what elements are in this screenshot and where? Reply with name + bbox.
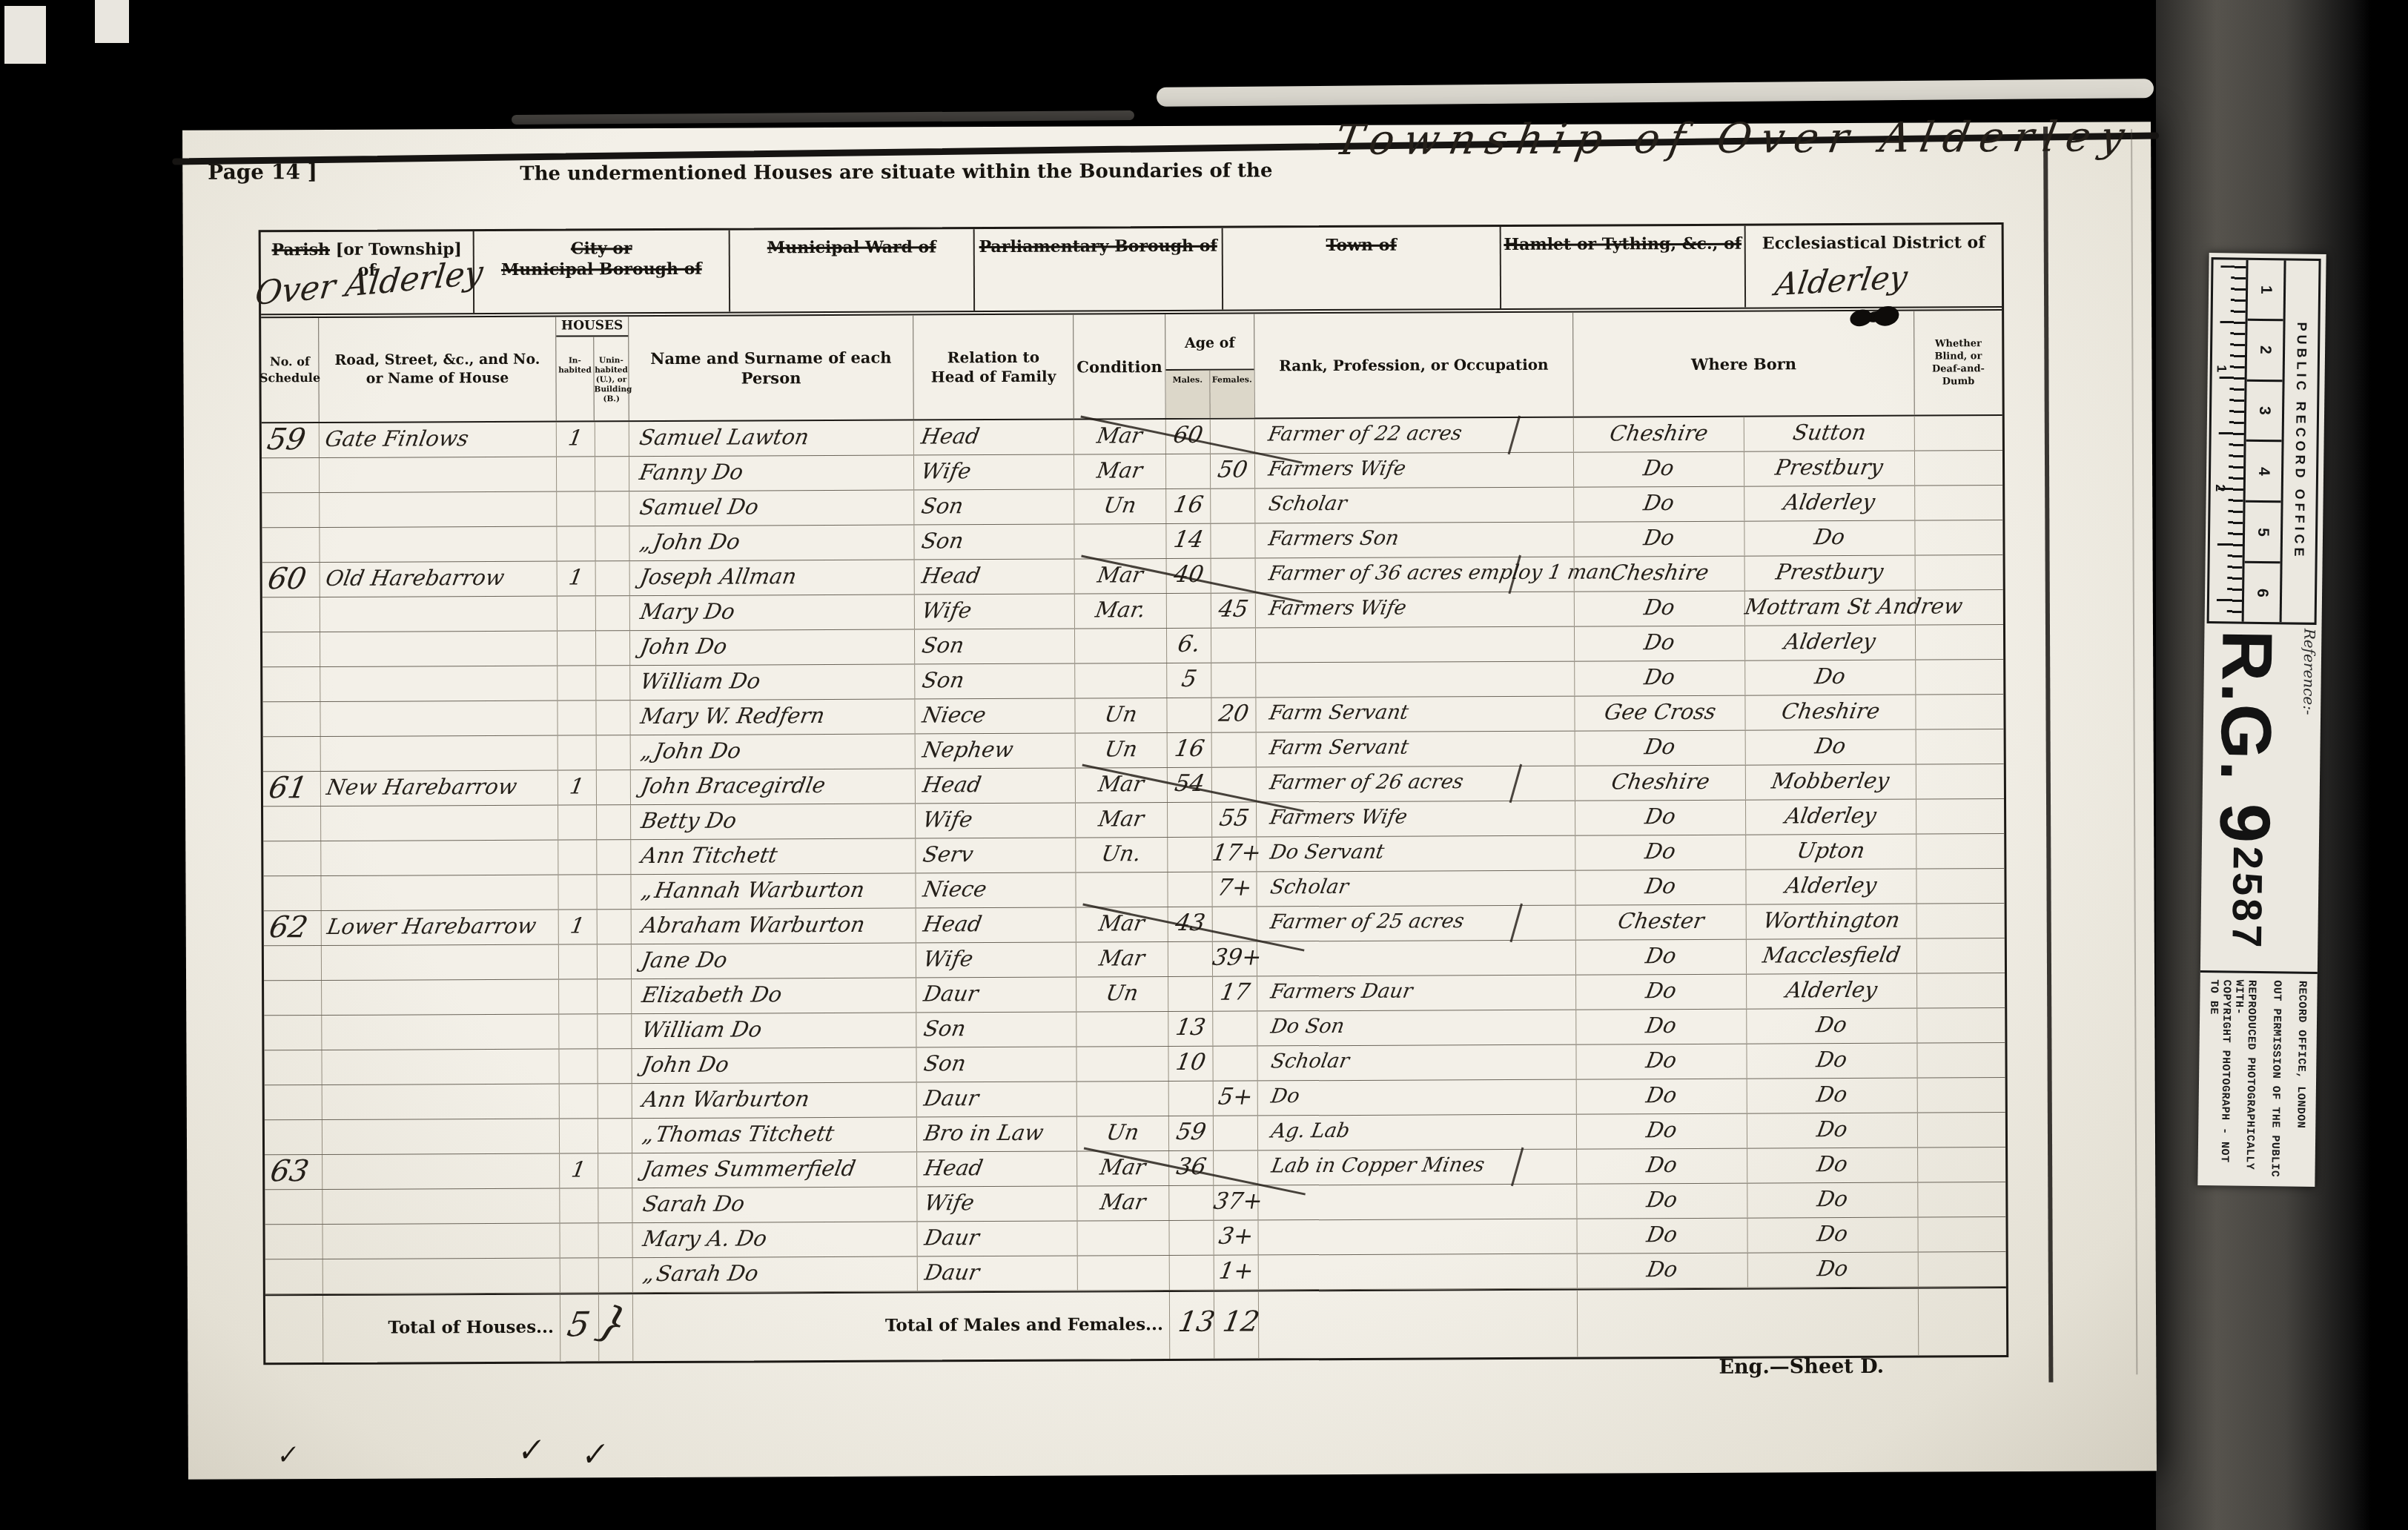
handwritten-value: Do	[1814, 1044, 1850, 1075]
cell-inhabited: 1	[559, 910, 598, 944]
district-box-label: Parliamentary Borough of	[975, 236, 1222, 257]
handwritten-value: Son	[919, 525, 966, 556]
cell-born_county: Do	[1577, 1149, 1747, 1184]
handwritten-value: Do	[1641, 522, 1677, 553]
handwritten-value: Do	[1643, 801, 1678, 832]
cell-name: Mary Do	[630, 595, 915, 630]
handwritten-value: 39+	[1210, 941, 1264, 973]
handwritten-value: Old Harebarrow	[323, 562, 507, 594]
cell-name: John Bracegirdle	[631, 769, 916, 804]
cell-born_place: Do	[1744, 521, 1915, 556]
cell-born_county: Do	[1575, 661, 1745, 696]
cell-condition: Un	[1074, 489, 1166, 524]
cell-occupation: Farmers Wife	[1256, 592, 1575, 628]
cell-age_m: 16	[1168, 733, 1212, 767]
cell-born_county: Do	[1574, 522, 1744, 557]
cell-age_f	[1212, 767, 1257, 801]
cell-road	[321, 806, 558, 841]
totals-spacer	[1919, 1288, 2006, 1356]
cell-schedule	[263, 841, 321, 875]
cell-name: Jane Do	[632, 943, 916, 978]
cell-born_place: Alderley	[1747, 974, 1917, 1009]
cell-blind	[1917, 973, 2005, 1008]
cell-relation: Wife	[915, 595, 1075, 629]
handwritten-value: Do	[1643, 835, 1678, 867]
handwritten-value: Do	[1644, 1114, 1679, 1145]
handwritten-value: Hannah Warburton	[652, 874, 867, 906]
cell-name: Joseph Allman	[630, 560, 915, 595]
struck-label-text: Municipal Ward of	[767, 237, 936, 257]
handwritten-value: 1	[566, 561, 586, 592]
column-header-age: Age of Males. Females.	[1165, 314, 1255, 418]
cell-inhabited	[560, 1223, 598, 1257]
cell-uninhabited	[597, 875, 631, 909]
cell-inhabited	[558, 596, 596, 630]
handwritten-value: 43	[1173, 907, 1208, 938]
handwritten-value: Do	[1641, 452, 1677, 483]
handwritten-value: Head	[919, 560, 983, 591]
cell-schedule	[265, 1190, 322, 1224]
handwritten-value: Joseph Allman	[638, 560, 799, 592]
cell-schedule	[262, 667, 320, 701]
ruler-number: 3	[2246, 381, 2283, 442]
column-header-houses: HOUSES In-habited Unin-habited (U.), or …	[556, 317, 629, 420]
cell-schedule: 62	[264, 911, 322, 945]
handwritten-value: Gate Finlows	[322, 423, 471, 454]
handwritten-value: Mary A. Do	[641, 1222, 770, 1254]
cell-relation: Daur	[917, 1222, 1077, 1256]
handwritten-value: Scholar	[1268, 872, 1351, 903]
pen-check-mark: ✓	[578, 1435, 607, 1474]
handwritten-value: Alderley	[1783, 870, 1879, 901]
cell-name: Sarah Do	[632, 1187, 917, 1222]
cell-road	[320, 632, 558, 666]
cell-born_place: Do	[1747, 1183, 1918, 1218]
cell-age_m	[1168, 872, 1212, 907]
handwritten-value: 20	[1217, 698, 1251, 729]
cell-inhabited	[557, 457, 595, 491]
cell-blind	[1917, 1008, 2005, 1043]
cell-age_m: 40	[1167, 559, 1211, 593]
sheet-label: Eng.—Sheet D.	[1719, 1355, 1884, 1379]
district-box: Town of	[1223, 227, 1501, 310]
cell-relation: Bro in Law	[917, 1117, 1077, 1152]
cell-age_f	[1211, 523, 1255, 557]
handwritten-value: Niece	[920, 699, 988, 730]
cell-relation: Head	[915, 560, 1075, 595]
pen-check-mark: ✓	[274, 1440, 299, 1471]
cell-born_county: Do	[1577, 1079, 1747, 1114]
struck-label-text: Parish	[271, 240, 330, 259]
handwritten-value: Fanny Do	[637, 456, 745, 488]
handwritten-value: 63	[268, 1155, 311, 1188]
cell-age_f: 17	[1213, 976, 1257, 1010]
handwritten-value: Wife	[922, 1187, 977, 1218]
totals-spacer	[1578, 1289, 1919, 1357]
cell-relation: Son	[914, 490, 1074, 525]
handwritten-value: 1	[568, 910, 587, 941]
cell-age_f	[1211, 628, 1256, 662]
cell-occupation: Farm Servant	[1256, 697, 1575, 732]
cell-condition: Mar	[1077, 1151, 1169, 1186]
cell-relation: Wife	[916, 943, 1076, 978]
cell-born_county: Do	[1577, 1114, 1747, 1149]
cell-name: James Summerfield	[632, 1152, 917, 1188]
handwritten-value: Do	[1643, 870, 1678, 901]
handwritten-value: Do	[1644, 1184, 1680, 1215]
cell-inhabited	[559, 944, 598, 978]
handwritten-value: 1	[569, 1153, 589, 1185]
cell-inhabited	[558, 735, 597, 769]
cell-inhabited	[557, 491, 595, 526]
cell-born_place: Cheshire	[1745, 695, 1916, 730]
cell-schedule: 61	[263, 772, 321, 806]
column-header-males: Males.	[1165, 371, 1210, 418]
cell-born_county: Chester	[1576, 905, 1747, 940]
cell-age_f: 39+	[1213, 941, 1257, 976]
cell-born_place: Do	[1746, 730, 1916, 765]
inch-number: 2	[2212, 484, 2228, 491]
cell-schedule	[262, 458, 320, 492]
handwritten-value: Cheshire	[1607, 417, 1710, 449]
handwritten-value: Do	[1644, 1079, 1679, 1110]
cell-relation: Head	[914, 420, 1074, 455]
cell-born_county: Do	[1575, 731, 1746, 766]
column-header-schedule: No. of Schedule	[261, 318, 320, 422]
cell-born_county: Do	[1575, 801, 1746, 835]
district-box: Ecclesiastical District ofAlderley	[1746, 225, 2002, 308]
cell-name: Abraham Warburton	[632, 908, 916, 944]
handwritten-value: James Summerfield	[641, 1153, 859, 1185]
cell-inhabited	[558, 840, 597, 874]
copyright-line: RECORD OFFICE, LONDON	[2280, 980, 2308, 1182]
cell-road	[320, 457, 557, 492]
handwritten-value: 54	[1172, 768, 1207, 799]
cell-blind	[1916, 625, 2003, 660]
handwritten-value: Worthington	[1761, 904, 1902, 936]
cell-name: John Do	[632, 1047, 916, 1083]
record-class-reference: R.G. 9	[2203, 629, 2287, 875]
header-text: Age of	[1165, 314, 1254, 369]
cell-condition: Mar.	[1075, 594, 1167, 629]
cell-age_m: 60	[1166, 420, 1211, 454]
cell-occupation: Farmer of 26 acres	[1257, 766, 1575, 802]
cell-name: Samuel Do	[629, 490, 914, 526]
cell-name: Fanny Do	[629, 455, 914, 491]
cell-relation: Son	[916, 1013, 1076, 1047]
cell-born_place: Macclesfield	[1747, 939, 1917, 974]
cell-uninhabited	[598, 1119, 632, 1153]
cell-blind	[1918, 1113, 2005, 1147]
handwritten-value: Prestbury	[1773, 451, 1886, 483]
cell-blind	[1916, 869, 2004, 904]
cell-uninhabited	[598, 1084, 632, 1118]
cell-condition: Mar	[1076, 803, 1168, 838]
cell-schedule	[262, 702, 320, 736]
cell-age_f	[1213, 907, 1257, 941]
cell-born_county: Do	[1576, 975, 1747, 1010]
handwritten-value: Wife	[920, 804, 975, 835]
handwritten-value: Ag. Lab	[1268, 1116, 1352, 1147]
cell-road	[322, 1224, 560, 1259]
cell-road	[322, 1154, 560, 1189]
cell-road: Gate Finlows	[320, 423, 557, 457]
handwritten-value: Do Servant	[1268, 837, 1387, 869]
cell-condition: Un	[1076, 733, 1168, 768]
column-header-females: Females.	[1210, 370, 1254, 417]
cell-occupation	[1256, 627, 1575, 663]
cell-born_place: Do	[1745, 660, 1916, 695]
ruler-numbers: 123456	[2244, 260, 2286, 623]
cell-born_county: Do	[1576, 1010, 1747, 1044]
cell-occupation: Lab in Copper Mines	[1258, 1150, 1577, 1185]
cell-relation: Head	[917, 1152, 1077, 1187]
cell-relation: Son	[915, 664, 1075, 699]
handwritten-value: 17+	[1210, 837, 1264, 868]
cell-born_county: Cheshire	[1575, 557, 1745, 592]
page-edge-highlight	[1157, 79, 2154, 107]
cell-born_county: Do	[1576, 1044, 1747, 1079]
cell-road	[320, 492, 557, 527]
cell-born_place: Do	[1748, 1253, 1919, 1288]
cell-schedule	[265, 1085, 322, 1119]
handwritten-value: Daur	[922, 1222, 982, 1253]
handwritten-value: Son	[920, 664, 967, 695]
district-box-label: City orMunicipal Borough of	[474, 238, 729, 280]
handwritten-value: Wife	[921, 943, 976, 974]
handwritten-value: Head	[922, 1152, 986, 1183]
copyright-line: REPRODUCED PHOTOGRAPHICALLY WITH-	[2230, 980, 2257, 1182]
cell-uninhabited	[599, 1258, 633, 1292]
handwritten-value: 10	[1174, 1047, 1208, 1078]
handwritten-value: Do	[1813, 730, 1848, 761]
cell-schedule	[262, 493, 320, 527]
district-handwritten-value: Alderley	[1773, 259, 1910, 303]
cell-blind	[1916, 799, 2004, 834]
cell-name: Elizabeth Do	[632, 978, 916, 1013]
cell-name: William Do	[632, 1013, 916, 1048]
total-persons-label: Total of Males and Females...	[633, 1292, 1170, 1361]
cell-age_m: 10	[1168, 1047, 1213, 1081]
cell-road	[322, 1050, 559, 1084]
handwritten-value: Daur	[922, 1082, 981, 1113]
cell-blind	[1917, 938, 2005, 973]
cell-uninhabited	[596, 631, 630, 665]
handwritten-value: Do	[1814, 1113, 1850, 1145]
handwritten-value: Thomas Titchett	[653, 1118, 836, 1150]
handwritten-value: Do	[1644, 975, 1679, 1006]
cell-age_m: 59	[1169, 1116, 1214, 1150]
handwritten-value: Scholar	[1266, 489, 1349, 520]
cell-born_county: Do	[1578, 1254, 1748, 1288]
cell-age_f	[1211, 558, 1256, 592]
column-header-born: Where Born	[1573, 311, 1915, 417]
handwritten-value: Daur	[922, 978, 981, 1009]
handwritten-value: 16	[1171, 489, 1205, 520]
cell-born_place: Upton	[1746, 835, 1916, 870]
handwritten-value: Do	[1815, 1148, 1850, 1179]
cell-schedule	[265, 1259, 323, 1294]
column-header-condition: Condition	[1074, 314, 1166, 419]
film-artifact	[95, 0, 129, 43]
district-box-label: Hamlet or Tything, &c., of	[1501, 234, 1744, 255]
handwritten-value: Un.	[1099, 838, 1144, 869]
handwritten-value: Farmer of 22 acres	[1266, 418, 1464, 450]
pro-reference-card: 12 123456 PUBLIC RECORD OFFICE R.G. 9 Re…	[2197, 253, 2326, 1187]
cell-road	[322, 1084, 560, 1119]
cell-uninhabited	[596, 701, 630, 735]
handwritten-value: John Do	[651, 526, 743, 558]
cell-condition: Mar	[1076, 907, 1168, 942]
cell-blind	[1918, 1182, 2005, 1217]
cell-born_place: Do	[1747, 1113, 1918, 1148]
cell-occupation: Ag. Lab	[1258, 1115, 1577, 1150]
ruler-ticks: 12	[2209, 259, 2249, 622]
cell-schedule	[263, 737, 321, 771]
cell-condition	[1075, 663, 1167, 698]
cell-inhabited	[558, 631, 596, 665]
ruler-number: 6	[2244, 563, 2280, 622]
cell-inhabited: 1	[558, 770, 597, 804]
cell-occupation: Farmer of 36 acres employ 1 man	[1256, 557, 1575, 593]
cell-condition	[1074, 524, 1166, 559]
cell-occupation: Farmers Wife	[1255, 453, 1574, 489]
cell-road	[323, 1259, 560, 1294]
ruler-number: 5	[2245, 503, 2281, 563]
cell-born_county: Do	[1574, 487, 1744, 522]
handwritten-value: John Do	[640, 1049, 732, 1081]
handwritten-value: 13	[1173, 1012, 1208, 1043]
cell-occupation: Scholar	[1255, 488, 1574, 523]
cell-uninhabited	[597, 770, 631, 804]
cell-age_f: 50	[1211, 454, 1255, 488]
handwritten-value: 7+	[1215, 872, 1254, 904]
cell-road	[321, 875, 558, 910]
handwritten-value: 61	[266, 772, 309, 804]
struck-label-text: City or	[571, 239, 632, 258]
cell-uninhabited	[595, 526, 629, 560]
cell-age_m	[1166, 454, 1211, 489]
struck-label-text: Municipal Borough of	[501, 259, 702, 279]
cell-age_m	[1168, 977, 1213, 1011]
handwritten-value: 60	[265, 563, 308, 595]
cell-age_m: 16	[1166, 489, 1211, 523]
total-houses-value: 5	[560, 1294, 599, 1361]
cell-blind	[1917, 1043, 2005, 1078]
cell-condition: Mar	[1076, 768, 1168, 803]
handwritten-value: Mar	[1098, 1151, 1148, 1182]
district-box: Parish [or Township] ofOver Alderley	[261, 231, 474, 314]
cell-condition	[1076, 872, 1168, 907]
cell-age_m	[1167, 698, 1211, 732]
total-males-value: 13	[1170, 1292, 1214, 1359]
cell-inhabited: 1	[557, 422, 595, 456]
cell-age_f	[1212, 732, 1257, 766]
cell-occupation: Scholar	[1257, 1045, 1576, 1081]
cell-age_f: 7+	[1212, 872, 1257, 906]
cell-blind	[1916, 764, 2004, 799]
handwritten-value: Wife	[919, 455, 973, 486]
cell-born_county: Do	[1575, 592, 1745, 626]
handwritten-value: 59	[265, 423, 308, 456]
cell-age_f: 20	[1211, 698, 1256, 732]
cell-age_m: 13	[1168, 1012, 1213, 1046]
handwritten-value: Chester	[1615, 905, 1707, 937]
handwritten-value: Cheshire	[1779, 695, 1882, 727]
cell-inhabited: 1	[558, 561, 596, 595]
cell-road: Old Harebarrow	[320, 562, 558, 597]
handwritten-value: Son	[919, 629, 966, 660]
handwritten-value: 6.	[1175, 629, 1203, 660]
cell-uninhabited	[598, 1049, 632, 1083]
handwritten-value: Mar	[1096, 803, 1147, 834]
cell-age_f: 5+	[1214, 1081, 1258, 1115]
cell-schedule	[263, 807, 321, 841]
handwritten-value: Do	[1644, 1010, 1679, 1041]
cell-inhabited	[559, 1014, 598, 1048]
handwritten-value: Mar	[1096, 942, 1147, 973]
cell-age_m: 14	[1166, 524, 1211, 558]
page-edge-shadow	[512, 110, 1134, 125]
cell-schedule	[262, 528, 320, 562]
ruler-number: 2	[2247, 321, 2283, 382]
handwritten-value: Alderley	[1784, 974, 1880, 1006]
handwritten-value: Lab in Copper Mines	[1269, 1150, 1487, 1182]
handwritten-value: 36	[1174, 1151, 1208, 1182]
struck-label-text: Town of	[1326, 236, 1397, 255]
handwritten-value: Samuel Do	[638, 491, 761, 523]
handwritten-value: 62	[267, 911, 310, 944]
handwritten-value: Mobberley	[1770, 765, 1892, 797]
cell-condition	[1076, 1012, 1168, 1047]
handwritten-value: Mar	[1096, 907, 1147, 938]
copyright-line: COPYRIGHT PHOTOGRAPH - NOT TO BE	[2205, 979, 2232, 1181]
cell-age_f: 17+	[1212, 837, 1257, 871]
handwritten-value: John Do	[652, 735, 744, 767]
cell-relation: Daur	[917, 1082, 1077, 1117]
total-houses-label: Total of Houses...	[323, 1295, 560, 1362]
totals-spacer	[1259, 1291, 1578, 1359]
cell-name: „John Do	[629, 525, 914, 560]
cell-uninhabited	[598, 979, 632, 1013]
cell-relation: Son	[915, 629, 1075, 664]
handwritten-value: Head	[920, 769, 984, 800]
cell-blind	[1919, 1252, 2006, 1287]
cell-name: William Do	[630, 664, 915, 700]
cell-occupation: Farmer of 25 acres	[1257, 906, 1576, 941]
cell-name: Ann Warburton	[632, 1082, 917, 1118]
cell-schedule	[262, 597, 320, 632]
handwritten-value: Un	[1103, 977, 1140, 1008]
cell-relation: Son	[914, 525, 1074, 560]
cell-name: „Hannah Warburton	[631, 873, 916, 909]
cell-age_f: 45	[1211, 593, 1256, 627]
header-text: HOUSES	[556, 317, 628, 337]
district-box: Municipal Ward of	[730, 229, 975, 311]
cell-inhabited	[559, 979, 598, 1013]
cell-born_place: Mobberley	[1746, 765, 1916, 800]
cell-condition: Mar	[1074, 454, 1166, 489]
district-boxes: Parish [or Township] ofOver AlderleyCity…	[261, 225, 2002, 318]
cell-uninhabited	[598, 910, 632, 944]
cell-schedule	[264, 946, 322, 980]
cell-schedule	[262, 632, 320, 666]
handwritten-value: William Do	[640, 1013, 764, 1045]
handwritten-value: Do	[1641, 487, 1677, 518]
handwritten-value: Do	[1642, 731, 1678, 762]
handwritten-value: Farmers Daur	[1268, 976, 1415, 1008]
cell-name: Mary W. Redfern	[630, 699, 915, 735]
